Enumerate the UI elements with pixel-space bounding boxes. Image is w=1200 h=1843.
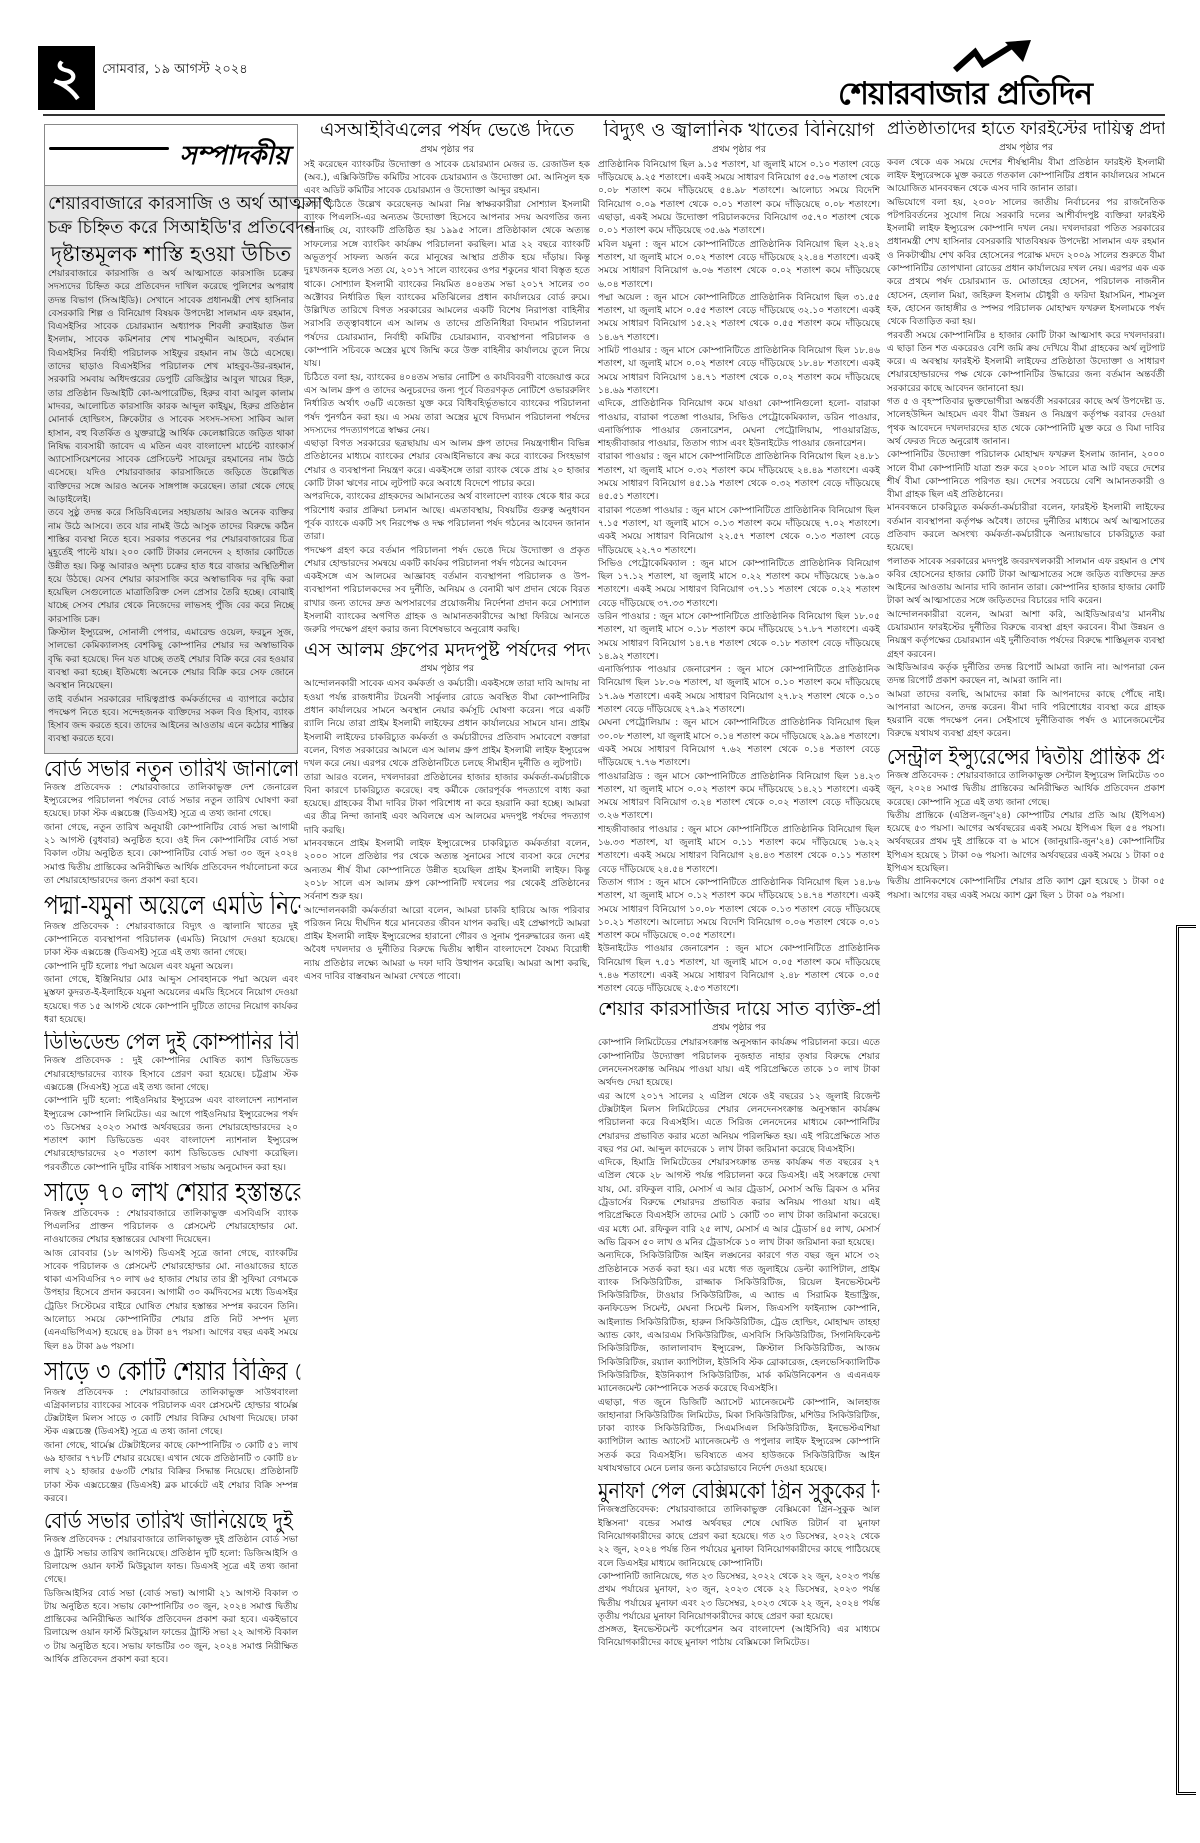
article-paragraph: পাওয়ারগ্রিড : জুন মাসে কোম্পানিটিতে প্র… [598,771,880,824]
article-paragraph: প্রাতিষ্ঠানিক বিনিয়োগ ছিল ৯.১৫ শতাংশ, য… [598,159,880,239]
article-paragraph: দ্বিতীয় প্রান্তিকে (এপ্রিল-জুন'২৪) কোম্… [887,810,1165,876]
article-paragraph: কোম্পানি লিমিটেডের শেয়ারসংক্রান্ত অনুসন… [598,1037,880,1090]
article-paragraph: একইসঙ্গে এস আলমের আজ্ঞাবহ বর্তমান ব্যবস্… [304,571,590,637]
article-manipulation-fine: শেয়ার কারসাজির দায়ে সাত ব্যক্তি-প্রতিষ… [598,999,880,1477]
article-paragraph: জানা গেছে, থার্মেক্স টেক্সটাইলের কাছে কো… [44,1440,298,1506]
article-headline: পদ্মা-যমুনা অয়েলে এমডি নিয়োগ [44,892,300,921]
editorial-paragraph: শেয়ারবাজারে কারসাজি ও অর্থ আত্মসাতে কার… [48,268,294,507]
decorative-stroke [49,147,169,150]
column-2: এসআইবিএলের পর্ষদ ভেঙে দিতে প্রথম পৃষ্ঠার… [304,118,590,984]
article-headline: এসআইবিএলের পর্ষদ ভেঙে দিতে [304,120,590,141]
article-paragraph: তিতাস গ্যাস : জুন মাসে কোম্পানিটিতে প্রা… [598,877,880,943]
article-paragraph: কোম্পানিটি জানিয়েছে, গত ২৩ ডিসেম্বর, ২০… [598,1571,880,1624]
article-paragraph: এর আগে ২০১৭ সালের ২ এপ্রিল থেকে ওই বছরের… [598,1091,880,1157]
article-beximco-sukuk: মুনাফা পেল বেক্সিমকো গ্রিন সুকুকের বিনিয… [598,1480,880,1650]
editorial-paragraph: ক্রিস্টাল ইন্স্যুরেন্স, সোনালী পেপার, এম… [48,627,294,693]
article-kicker: প্রথম পৃষ্ঠার পর [304,661,590,676]
editorial-paragraph: তবে সুষ্ঠু তদন্ত করে সিডিবিএলের সহায়তায… [48,507,294,627]
trend-arrow-icon [953,40,1033,76]
article-share-sale: সাড়ে ৩ কোটি শেয়ার বিক্রির ঘোষণা নিজস্ব… [44,1358,298,1506]
article-paragraph: অন্যদিকে, সিকিউরিটিজ আইন লঙ্ঘনের কারণে গ… [598,1250,880,1396]
editorial-article: শেয়ারবাজারে কারসাজি ও অর্থ আত্মসাৎ চক্র… [44,186,298,754]
article-kicker: প্রথম পৃষ্ঠার পর [598,1020,880,1035]
article-paragraph: নিজস্বপ্রতিবেদক: শেয়ারবাজারে তালিকাভুক্… [598,1504,880,1570]
article-paragraph: দ্বিতীয় প্রানিকশেষে কোম্পানিটির শেয়ার … [887,876,1165,903]
editorial-paragraph: তাই বর্তমান সরকারের দায়িত্বপ্রাপ্ত কর্ম… [48,694,294,747]
article-paragraph: আন্দোলনকারী কর্মকর্তারা আরো বলেন, আমরা চ… [304,905,590,985]
article-headline: ডিভিডেন্ড পেল দুই কোম্পানির বিনিয়োগকারী… [44,1031,297,1055]
header-rule [43,114,1165,116]
editorial-section-title: সম্পাদকীয় [180,135,289,179]
article-headline: সাড়ে ৩ কোটি শেয়ার বিক্রির ঘোষণা [44,1358,300,1387]
article-headline: বিদ্যুৎ ও জ্বালানিক খাতের বিনিয়োগ [598,120,880,141]
article-headline: এস আলম গ্রুপের মদদপুষ্ট পর্ষদের পদত্যাগ [304,640,590,661]
article-paragraph: নিজস্ব প্রতিবেদক : দুই কোম্পানির ঘোষিত ক… [44,1055,298,1095]
page-number: ২ [38,46,95,110]
article-paragraph: ডরিন পাওয়ার : জুন মাসে কোম্পানিটিতে প্র… [598,611,880,664]
logo-text: শেয়ারবাজার প্রতিদিন [838,79,1092,110]
editorial-headline-line-2: চক্র চিহ্নিত করে সিআইডি'র প্রতিবেদন [48,216,294,240]
article-dgic-board-date: বোর্ড সভার নতুন তারিখ জানালো দেশ জেনারেল… [44,758,298,889]
article-paragraph: বারাকা পাওয়ার : জুন মাসে কোম্পানিটিতে প… [598,451,880,504]
article-paragraph: পদ্মা অয়েল : জুন মাসে কোম্পানিটিতে প্রা… [598,292,880,345]
article-board-dates-two: বোর্ড সভার তারিখ জানিয়েছে দুই প্রতিষ্ঠা… [44,1510,298,1667]
article-fareast-founders: প্রতিষ্ঠাতাদের হাতে ফারইস্টের দায়িত্ব প… [887,120,1165,742]
article-power-energy-investment: বিদ্যুৎ ও জ্বালানিক খাতের বিনিয়োগ প্রথম… [598,120,880,997]
article-headline: সেন্ট্রাল ইন্স্যুরেন্সের দ্বিতীয় প্রান্… [887,746,1164,770]
article-headline: বোর্ড সভার তারিখ জানিয়েছে দুই প্রতিষ্ঠা… [44,1510,297,1534]
article-paragraph: আমরা তাদের বলছি, আমাদের কান্না কি আপনাদে… [887,689,1165,742]
editorial-headline-line-1: শেয়ারবাজারে কারসাজি ও অর্থ আত্মসাৎ [48,192,294,216]
article-s-alam-board-resign: এস আলম গ্রুপের মদদপুষ্ট পর্ষদের পদত্যাগ … [304,640,590,985]
article-sibl-board: এসআইবিএলের পর্ষদ ভেঙে দিতে প্রথম পৃষ্ঠার… [304,120,590,638]
article-paragraph: মবিল যমুনা : জুন মাসে কোম্পানিটিতে প্রাত… [598,239,880,292]
article-headline: প্রতিষ্ঠাতাদের হাতে ফারইস্টের দায়িত্ব প… [887,120,1165,139]
article-kicker: প্রথম পৃষ্ঠার পর [304,142,590,157]
article-paragraph: ডিজিআইসির বোর্ড সভা (বোর্ড সভা) আগামী ২১… [44,1588,298,1668]
article-paragraph: মানববন্ধনে প্রাইম ইসলামী লাইফ ইন্স্যুরেন… [304,838,590,904]
article-paragraph: নিজস্ব প্রতিবেদক : শেয়ারবাজারে বিদ্যুৎ … [44,921,298,961]
article-paragraph: আজ রোববার (১৮ আগস্ট) ডিএসই সূত্রে জানা গ… [44,1248,298,1354]
article-paragraph: নিজস্ব প্রতিবেদক : শেয়ারবাজারে তালিকাভু… [887,770,1165,810]
article-paragraph: গত ৫ ও বৃহস্পতিবার ভুক্তভোগীরা অন্তর্বর্… [887,396,1165,449]
article-paragraph: আইডিআরএ কর্তৃক দুর্নীতির তদন্ত রিপোর্ট আ… [887,662,1165,689]
article-paragraph: তারা চিঠিতে উল্লেখ করেছেনড় আমরা নিম্ন স… [304,199,590,372]
article-paragraph: কোম্পানি দুটি হলোঃ পদ্মা অয়েল এবং যমুনা… [44,961,298,974]
article-kicker: প্রথম পৃষ্ঠার পর [887,140,1165,155]
article-padma-jamuna-md: পদ্মা-যমুনা অয়েলে এমডি নিয়োগ নিজস্ব প্… [44,892,298,1027]
page-date: সোমবার, ১৯ আগস্ট ২০২৪ [102,60,248,81]
article-paragraph: মেঘনা পেট্রোলিয়াম : জুন মাসে কোম্পানিটি… [598,717,880,770]
masthead: ২ সোমবার, ১৯ আগস্ট ২০২৪ শেয়ারবাজার প্রত… [0,0,1200,106]
article-paragraph: বারাকা পতেঙ্গা পাওয়ার : জুন মাসে কোম্পা… [598,505,880,558]
article-paragraph: এনার্জিপ্যাক পাওয়ার জেনারেশন : জুন মাসে… [598,664,880,717]
article-paragraph: সই করেছেন ব্যাংকটির উদ্যোক্তা ও সাবেক চে… [304,159,590,199]
editorial-banner: সম্পাদকীয় [44,124,298,186]
article-central-insurance-q2: সেন্ট্রাল ইন্স্যুরেন্সের দ্বিতীয় প্রান্… [887,746,1165,903]
article-paragraph: পদক্ষেপ গ্রহণ করে বর্তমান পরিচালনা পর্ষদ… [304,545,590,572]
article-paragraph: এছাড়া বিগত সরকারের ছত্রছায়ায় এস আলম গ… [304,438,590,491]
article-paragraph: সামিট পাওয়ার : জুন মাসে কোম্পানিটিতে প্… [598,345,880,398]
article-paragraph: কোম্পানি দুটি হলো: পাইওনিয়ার ইন্স্যুরেন… [44,1095,298,1175]
article-paragraph: এদিকে, হিমাদ্রি লিমিটেডের শেয়ারসংক্রান্… [598,1157,880,1250]
article-paragraph: নিজস্ব প্রতিবেদক : শেয়ারবাজারে তালিকাভু… [44,1208,298,1248]
article-paragraph: জানা গেছে, নতুন তারিখ অনুযায়ী কোম্পানিট… [44,822,298,888]
article-paragraph: পলাতক সাবেক সরকারের মদদপুষ্ট জবরদখলকারী … [887,556,1165,609]
article-headline: সাড়ে ৭০ লাখ শেয়ার হস্তান্তরের ঘোষণা [44,1179,300,1208]
article-paragraph: এছাড়া, গত জুনে ডিজিটি অ্যাসেট ম্যানেজমে… [598,1397,880,1477]
article-headline: শেয়ার কারসাজির দায়ে সাত ব্যক্তি-প্রতিষ… [598,999,880,1020]
article-paragraph: অপরদিকে, ব্যাংকের গ্রাহকদের আমানতের অর্থ… [304,491,590,544]
article-paragraph: তারা আরও বলেন, দখলদাররা প্রতিষ্ঠানের হাজ… [304,772,590,838]
article-paragraph: অভিযোগে বলা হয়, ২০০৮ সালের জাতীয় নির্ব… [887,197,1165,330]
column-3: বিদ্যুৎ ও জ্বালানিক খাতের বিনিয়োগ প্রথম… [598,118,880,1651]
article-paragraph: নিজস্ব প্রতিবেদক : শেয়ারবাজারে তালিকাভু… [44,782,298,822]
article-paragraph: প্রসঙ্গত, ইনভেস্টমেন্ট কর্পোরেশন অব বাংল… [598,1624,880,1651]
article-paragraph: মানববন্ধনে চাকরিচ্যুত কর্মকর্তা-কর্মচারী… [887,502,1165,555]
article-share-transfer: সাড়ে ৭০ লাখ শেয়ার হস্তান্তরের ঘোষণা নি… [44,1179,298,1354]
editorial-headline-line-3: দৃষ্টান্তমূলক শাস্তি হওয়া উচিত [48,240,294,268]
column-1: সম্পাদকীয় শেয়ারবাজারে কারসাজি ও অর্থ আ… [44,118,298,1667]
article-paragraph: শাহজীবাজার পাওয়ার : জুন মাসে কোম্পানিটি… [598,824,880,877]
article-paragraph: আন্দোলনকারীরা বলেন, আমরা আশা করি, আইডিআর… [887,609,1165,662]
article-paragraph: জানা গেছে, ইঞ্জিনিয়ার মোঃ আব্দুস সোবহান… [44,974,298,1027]
newspaper-logo: শেয়ারবাজার প্রতিদিন [838,40,1088,110]
article-paragraph: পরবর্তী সময়ে কোম্পানিটির ৪ হাজার কোটি ট… [887,330,1165,396]
article-headline: মুনাফা পেল বেক্সিমকো গ্রিন সুকুকের বিনিয… [598,1480,879,1504]
page-edge-frame [1176,925,1196,1795]
article-paragraph: কবল থেকে এক সময়ে দেশের শীর্ষস্থানীয় বী… [887,157,1165,197]
article-paragraph: নিজস্ব প্রতিবেদক : শেয়ারবাজারে তালিকাভু… [44,1534,298,1587]
article-paragraph: আন্দোলনকারী সাবেক এসব কর্মকর্তা ও কর্মচা… [304,678,590,771]
article-kicker: প্রথম পৃষ্ঠার পর [598,142,880,157]
article-paragraph: সিভিও পেট্রোকেমিক্যাল : জুন মাসে কোম্পান… [598,558,880,611]
article-dividend: ডিভিডেন্ড পেল দুই কোম্পানির বিনিয়োগকারী… [44,1031,298,1175]
article-paragraph: কোম্পানিটির উদ্যোক্তা পরিচালক মোহাম্মদ ফ… [887,449,1165,502]
article-paragraph: নিজস্ব প্রতিবেদক : শেয়ারবাজারে তালিকাভু… [44,1387,298,1440]
article-paragraph: এদিকে, প্রাতিষ্ঠানিক বিনিয়োগ কমে যাওয়া… [598,398,880,451]
column-4: প্রতিষ্ঠাতাদের হাতে ফারইস্টের দায়িত্ব প… [887,118,1165,903]
article-paragraph: ইউনাইটেড পাওয়ার জেনারেশন : জুন মাসে কোম… [598,943,880,996]
article-paragraph: চিঠিতে বলা হয়, ব্যাংকের ৪০৪তম সভার নোটি… [304,372,590,438]
article-headline: বোর্ড সভার নতুন তারিখ জানালো দেশ জেনারেল… [44,758,297,782]
